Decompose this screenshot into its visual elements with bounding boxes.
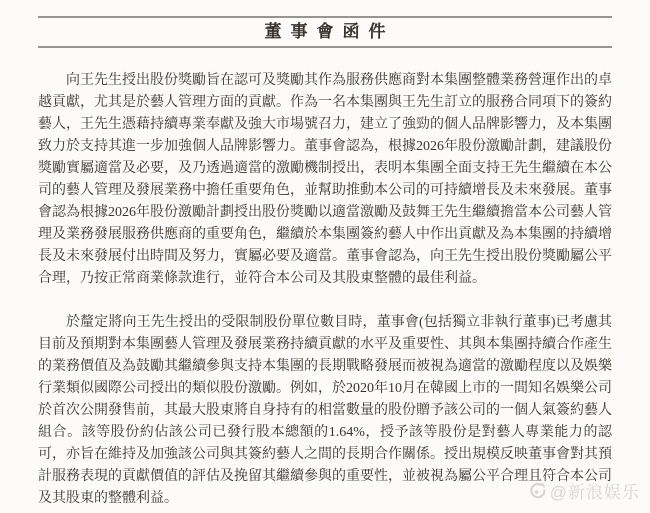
- watermark-text: @新浪娱乐: [550, 478, 640, 503]
- document-header: 董事會函件: [38, 16, 612, 48]
- watermark: @新浪娱乐: [529, 478, 640, 503]
- paragraph-share-award-rationale: 向王先生授出股份獎勵旨在認可及獎勵其作為服務供應商對本集團整體業務營運作出的卓越…: [38, 70, 612, 290]
- paragraph-rsu-determination: 於釐定將向王先生授出的受限制股份單位數目時，董事會(包括獨立非執行董事)已考慮其…: [38, 312, 612, 510]
- sina-weibo-eye-icon: [529, 482, 547, 500]
- document-body: 向王先生授出股份獎勵旨在認可及獎勵其作為服務供應商對本集團整體業務營運作出的卓越…: [38, 70, 612, 510]
- page-title: 董事會函件: [38, 22, 612, 41]
- document-page: 董事會函件 向王先生授出股份獎勵旨在認可及獎勵其作為服務供應商對本集團整體業務營…: [0, 0, 650, 513]
